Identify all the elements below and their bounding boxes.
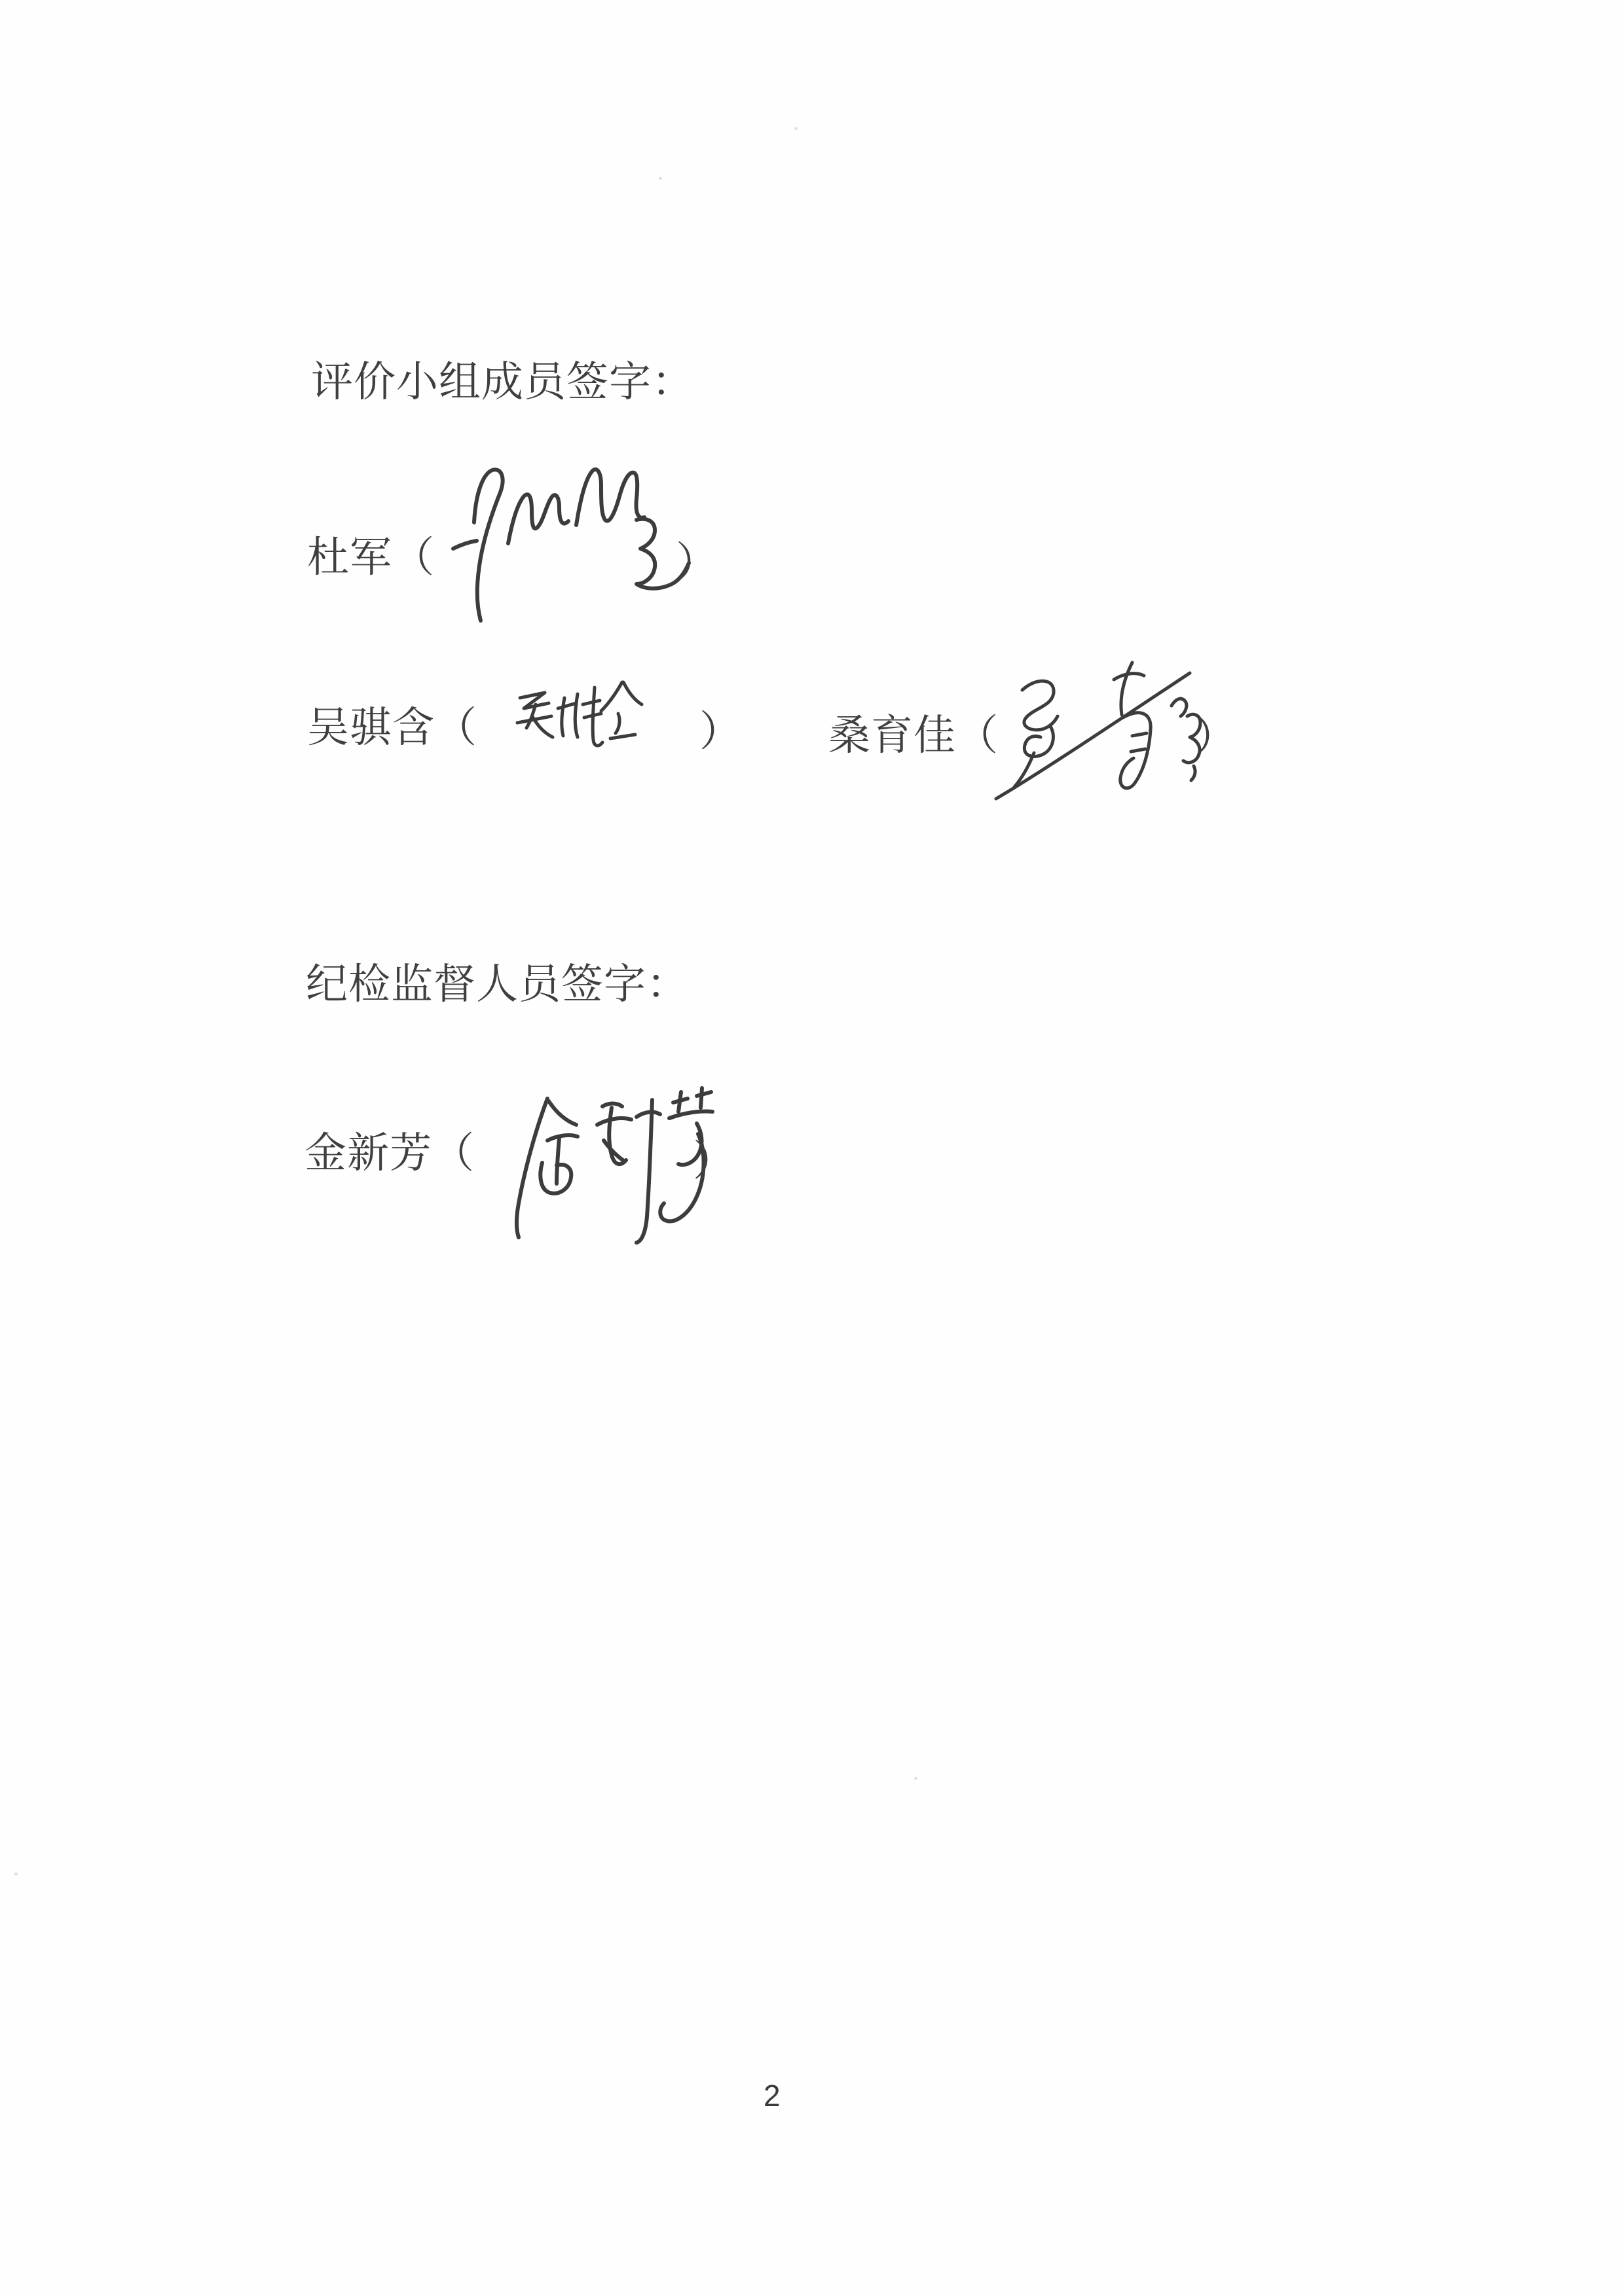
signer-label-jinxinfang: 金新芳（ — [304, 1133, 475, 1175]
close-paren: ） — [693, 1140, 735, 1182]
scan-speck — [659, 177, 662, 180]
signature-dujun-handwriting — [411, 460, 699, 623]
signature-sangyujia-handwriting — [986, 656, 1215, 807]
close-paren: ） — [676, 542, 718, 584]
scan-speck — [794, 127, 798, 130]
signer-name-jinxinfang: 金新芳 — [304, 1130, 432, 1176]
evaluation-group-signatures-heading: 评价小组成员签字： — [311, 361, 694, 403]
signature-jinxinfang-handwriting — [479, 1075, 715, 1248]
scan-speck — [914, 1777, 917, 1780]
open-paren: （ — [432, 1130, 475, 1176]
close-paren: ） — [699, 711, 742, 753]
discipline-inspection-signatures-heading: 纪检监督人员签字： — [306, 964, 689, 1006]
page-number: 2 — [764, 2081, 781, 2111]
signature-wuqihan-handwriting — [509, 676, 650, 767]
scan-speck — [14, 1872, 18, 1876]
signer-name-sangyujia: 桑育佳 — [828, 712, 956, 759]
signer-name-dujun: 杜军 — [307, 534, 392, 581]
scanned-document-page: 评价小组成员签字： 杜军（ ） 吴骐含（ ） 桑育佳（ — [0, 0, 1624, 2296]
signer-label-wuqihan: 吴骐含（ — [307, 707, 477, 749]
open-paren: （ — [435, 704, 477, 751]
close-paren: ） — [1194, 716, 1237, 758]
signer-name-wuqihan: 吴骐含 — [307, 704, 435, 751]
signer-label-sangyujia: 桑育佳（ — [828, 715, 999, 757]
